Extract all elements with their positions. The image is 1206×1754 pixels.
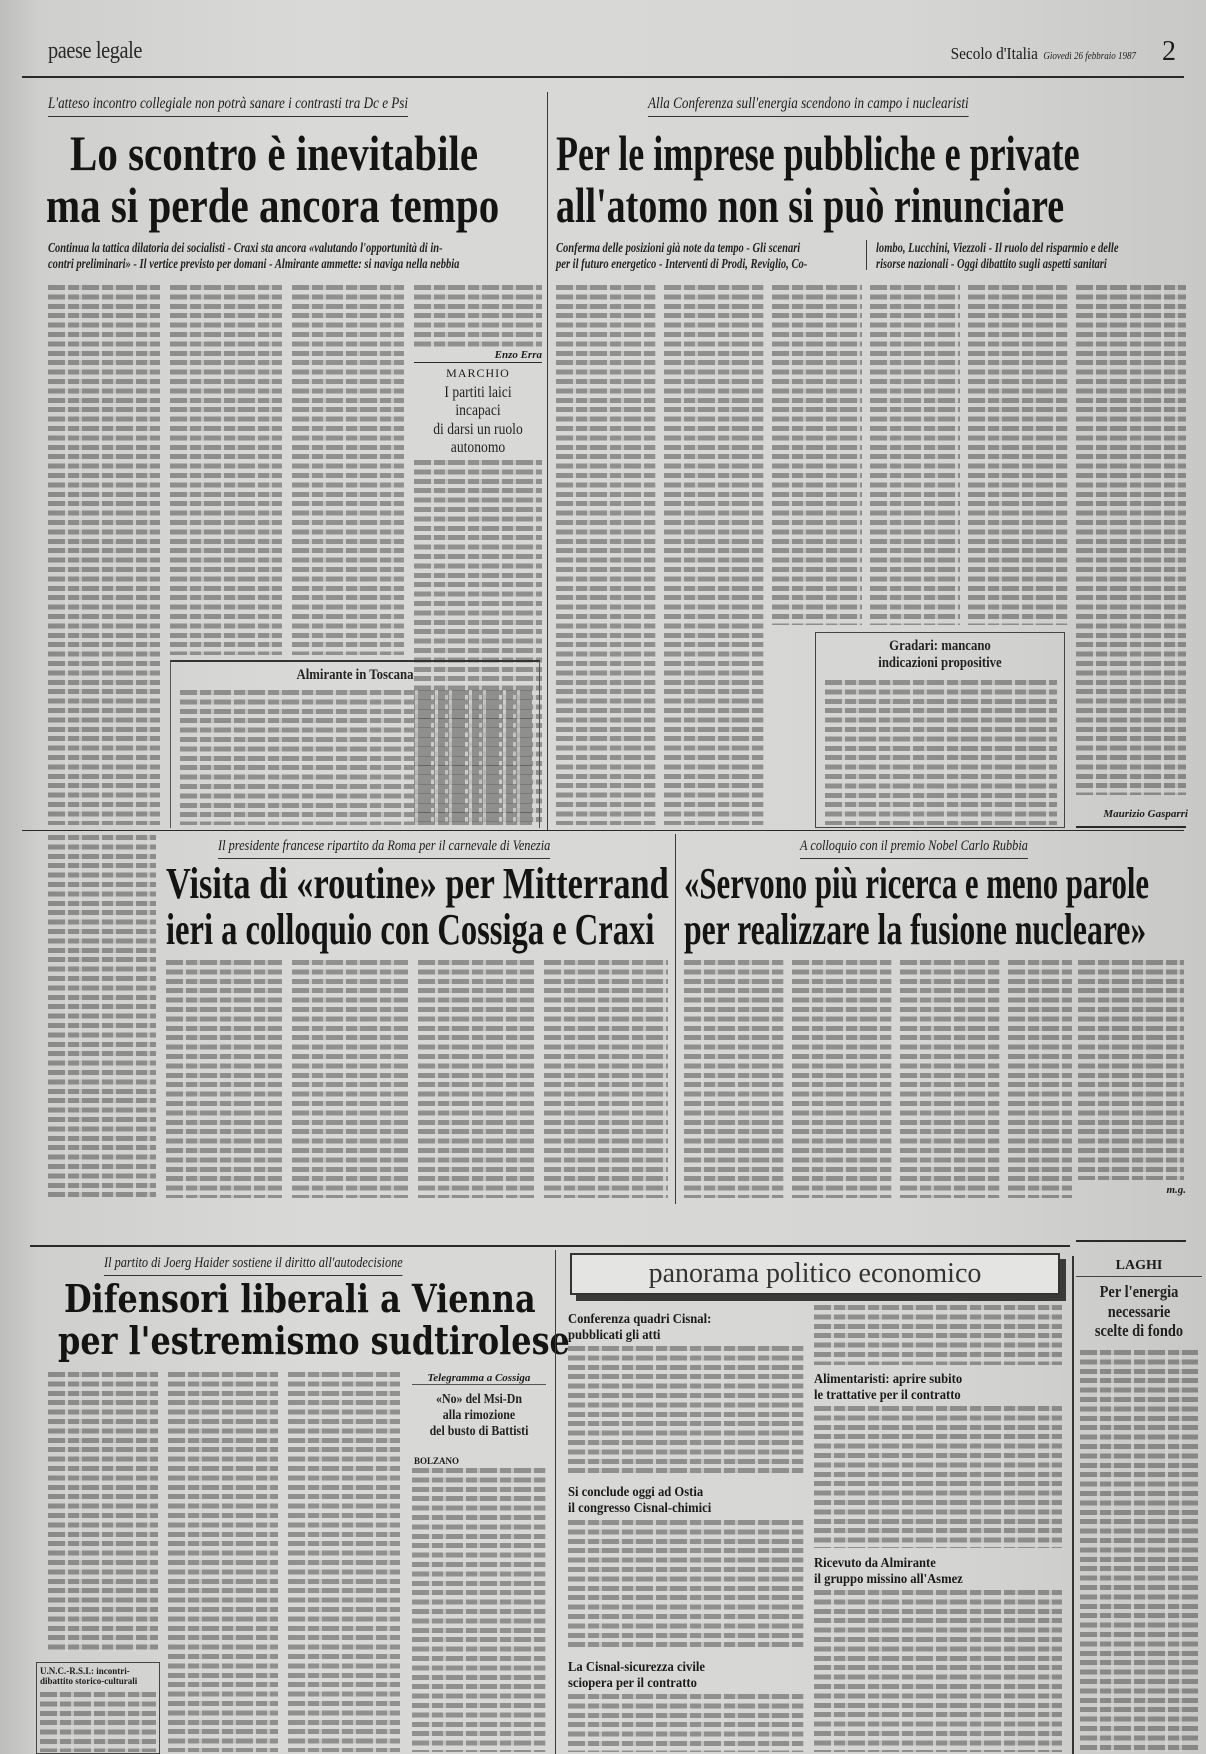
battisti-label: Telegramma a Cossiga [412,1372,546,1385]
rubbia-kicker: A colloquio con il premio Nobel Carlo Ru… [800,838,1028,859]
laghi-title-line3: scelte di fondo [1085,1321,1192,1341]
subhead-divider [866,240,867,270]
almirante-box-body [180,690,532,825]
panorama-item-2-body [568,1520,804,1648]
battisti-title-line1: «No» del Msi-Dn [422,1392,536,1408]
rubbia-headline-line2: per realizzare la fusione nucleare» [684,908,1146,953]
battisti-title: «No» del Msi-Dn alla rimozione del busto… [422,1392,536,1440]
laghi-body [1080,1350,1198,1752]
laghi-title: Per l'energia necessarie scelte di fondo [1085,1282,1192,1341]
battisti-dateline: BOLZANO [414,1456,459,1466]
paper-title: Secolo d'Italia [951,44,1038,63]
energia-kicker: Alla Conferenza sull'energia scendono in… [648,95,969,117]
gradari-title-line1: Gradari: mancano [834,638,1047,655]
energia-body-col1 [556,285,656,825]
unc-box-title: U.N.C.-R.S.I.: incontri-dibattito storic… [40,1667,158,1687]
lower-rule-right [1076,1240,1186,1242]
energia-body-col2 [664,285,764,825]
panorama-item-title: La Cisnal-sicurezza civile sciopera per … [568,1660,705,1692]
column-divider-bottom [555,1250,556,1754]
marchio-title: I partiti laici incapaci di darsi un ruo… [424,384,533,458]
rubbia-headline-line1: «Servono più ricerca e meno parole [684,862,1149,907]
panorama-item-title: Conferenza quadri Cisnal: pubblicati gli… [568,1312,711,1344]
marchio-label: MARCHIO [414,366,542,381]
energia-subhead-left-line1: Conferma delle posizioni già note da tem… [556,240,800,255]
marchio-rule [414,362,542,363]
page-number: 2 [1162,36,1176,68]
mitterrand-headline-line2: ieri a colloquio con Cossiga e Craxi [166,908,654,953]
rubbia-body-col4 [1008,960,1072,1198]
energia-subhead-right-line2: risorse nazionali - Oggi dibattito sugli… [876,256,1107,271]
haider-headline-line2: per l'estremismo sudtirolese [58,1322,570,1361]
panorama-item-1-line2: pubblicati gli atti [568,1328,711,1344]
energia-subhead-right-line1: lombo, Lucchini, Viezzoli - Il ruolo del… [876,240,1118,255]
panorama-item-title: Si conclude oggi ad Ostia il congresso C… [568,1485,711,1517]
panorama-item-title: Ricevuto da Almirante il gruppo missino … [814,1556,963,1588]
panorama-item-5-body [814,1590,1062,1752]
haider-body-col2 [168,1372,278,1752]
energia-byline: Maurizio Gasparri [1076,808,1188,820]
gradari-box-title: Gradari: mancano indicazioni propositive [834,638,1047,673]
battisti-body [412,1468,546,1752]
craxi-body-col3 [292,285,404,655]
energia-end-rule [1076,826,1186,828]
marchio-title-line4: autonomo [424,439,533,457]
marchio-title-line3: di darsi un ruolo [424,421,533,439]
energia-headline-line2: all'atomo non si può rinunciare [556,180,1064,231]
column-divider-mid [675,834,676,1204]
craxi-headline-line2: ma si perde ancora tempo [46,180,499,231]
masthead-rule [22,76,1184,78]
haider-body-col1 [48,1372,158,1652]
mitterrand-body-col1 [166,960,282,1198]
rubbia-body-col1 [684,960,784,1198]
panorama-item-4-line1: Alimentaristi: aprire subito [814,1372,962,1388]
craxi-body-col4 [414,285,542,347]
energia-body-col5 [968,285,1068,625]
mitterrand-kicker: Il presidente francese ripartito da Roma… [218,838,550,859]
panorama-item-3-body [568,1694,804,1752]
haider-body-col3 [288,1372,400,1752]
laghi-label: LAGHI [1076,1258,1202,1277]
energia-body-col4 [870,285,960,625]
issue-date: Giovedì 26 febbraio 1987 [1043,51,1136,62]
unc-box-body [40,1692,156,1752]
panorama-item-3-line2: sciopera per il contratto [568,1676,705,1692]
battisti-title-line3: del busto di Battisti [422,1424,536,1440]
lower-rule [30,1245,1070,1247]
mitterrand-headline-line1: Visita di «routine» per Mitterrand [166,862,669,907]
panorama-item-4-body [814,1406,1062,1548]
mitterrand-body-col3 [418,960,534,1198]
rubbia-body-col2 [792,960,892,1198]
haider-kicker: Il partito di Joerg Haider sostiene il d… [104,1255,403,1276]
panorama-item-1-body [568,1346,804,1476]
panorama-item-3-line1: La Cisnal-sicurezza civile [568,1660,705,1676]
panorama-item-1-line1: Conferenza quadri Cisnal: [568,1312,711,1328]
gradari-box-body [825,680,1057,825]
craxi-subhead-line1: Continua la tattica dilatoria dei social… [48,240,443,255]
craxi-body-col1 [48,285,160,825]
almirante-box-title: Almirante in Toscana [198,667,513,684]
marchio-title-line1: I partiti laici [424,384,533,402]
laghi-title-line1: Per l'energia [1085,1282,1192,1302]
gradari-title-line2: indicazioni propositive [834,655,1047,672]
battisti-title-line2: alla rimozione [422,1408,536,1424]
energia-subhead-left-line2: per il futuro energetico - Interventi di… [556,256,807,271]
mitterrand-body-col4 [544,960,668,1198]
panorama-banner: panorama politico economico [570,1253,1060,1295]
paper-name: Secolo d'ItaliaGiovedì 26 febbraio 1987 [951,44,1136,64]
section-name: paese legale [48,38,142,65]
panorama-item-2-line1: Si conclude oggi ad Ostia [568,1485,711,1501]
rubbia-byline: m.g. [1120,1184,1186,1196]
rubbia-body-col5 [1078,960,1184,1180]
mitterrand-body-col2 [292,960,408,1198]
haider-headline-line1: Difensori liberali a Vienna [64,1280,536,1319]
panorama-item-4-line2: le trattative per il contratto [814,1388,962,1404]
rubbia-body-col3 [900,960,1000,1198]
laghi-title-line2: necessarie [1085,1302,1192,1322]
panorama-item-5-line2: il gruppo missino all'Asmez [814,1572,963,1588]
craxi-continuation-col [48,835,156,1197]
craxi-body-col2 [170,285,282,655]
energia-body-col3 [772,285,862,625]
panorama-col2-top-body [814,1305,1062,1365]
energia-headline-line1: Per le imprese pubbliche e private [556,128,1080,179]
mid-rule [22,830,1184,831]
craxi-subhead-line2: contri preliminari» - Il vertice previst… [48,256,459,271]
column-divider [547,92,548,830]
craxi-headline-line1: Lo scontro è inevitabile [70,128,478,179]
craxi-byline: Enzo Erra [480,349,542,361]
energia-body-col6 [1076,285,1186,795]
craxi-kicker: L'atteso incontro collegiale non potrà s… [48,95,408,117]
panorama-item-title: Alimentaristi: aprire subito le trattati… [814,1372,962,1404]
panorama-item-2-line2: il congresso Cisnal-chimici [568,1501,711,1517]
marchio-title-line2: incapaci [424,402,533,420]
panorama-item-5-line1: Ricevuto da Almirante [814,1556,963,1572]
